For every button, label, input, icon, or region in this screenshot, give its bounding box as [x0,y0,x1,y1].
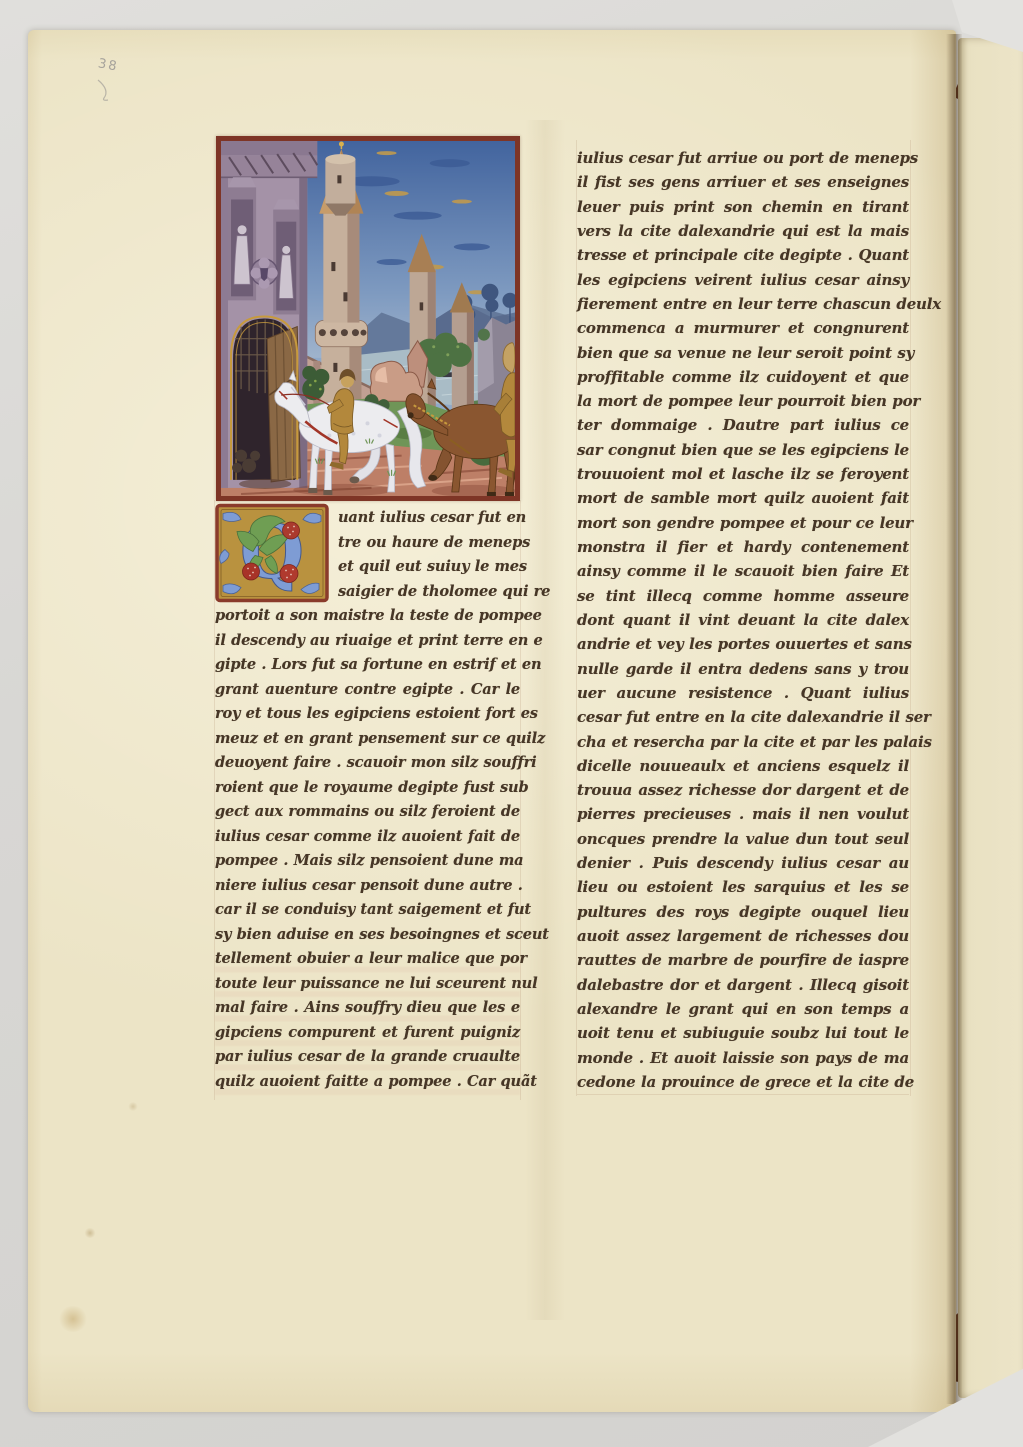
manuscript-line: la mort de pompee leur pourroit bien por [577,389,909,413]
miniature-painting [216,136,520,501]
manuscript-line: monde . Et auoit laissie son pays de ma [577,1046,909,1070]
manuscript-line: vers la cite dalexandrie qui est la mais [577,219,909,243]
manuscript-line: nulle garde il entra dedens sans y trou [577,657,909,681]
manuscript-line: fierement entre en leur terre chascun de… [577,292,909,316]
manuscript-line: toute leur puissance ne lui sceurent nul [215,972,520,997]
manuscript-line: il fist ses gens arriuer et ses enseigne… [577,170,909,194]
manuscript-line: andrie et vey les portes ouuertes et san… [577,632,909,656]
manuscript-line: pompee . Mais silz pensoient dune ma [215,849,520,874]
statue-niche-right [273,199,299,314]
manuscript-line: deuoyent faire . scauoir mon silz souffr… [215,751,520,776]
manuscript-line: dont quant il vint deuant la cite dalex [577,608,909,632]
manuscript-line: denier . Puis descendy iulius cesar au [577,851,909,875]
manuscript-line: tresse et principale cite degipte . Quan… [577,243,909,267]
bartizan-turret [325,154,355,216]
manuscript-line: cesar fut entre en la cite dalexandrie i… [577,705,909,729]
manuscript-line: meuz et en grant pensement sur ce quilz [215,727,520,752]
manuscript-line: ter dommaige . Dautre part iulius ce [577,413,909,437]
left-column-intro: uant iulius cesar fut entre ou haure de … [338,506,520,604]
manuscript-line: leuer puis print son chemin en tirant [577,195,909,219]
manuscript-line: iulius cesar fut arriue ou port de menep… [577,146,909,170]
manuscript-line: par iulius cesar de la grande cruaulte [215,1045,520,1070]
manuscript-line: sar congnut bien que se les egipciens le [577,438,909,462]
statue-niche-left [228,177,256,300]
manuscript-line: uoit tenu et subiuguie soubz lui tout le [577,1021,909,1045]
manuscript-line: cha et resercha par la cite et par les p… [577,730,909,754]
manuscript-line: dalebastre dor et dargent . Illecq gisoi… [577,973,909,997]
cliff-shrub [478,329,490,341]
manuscript-line: proffitable comme ilz cuidoyent et que [577,365,909,389]
manuscript-line: uer aucune resistence . Quant iulius [577,681,909,705]
manuscript-line: trouuoient mol et lasche ilz se feroyent [577,462,909,486]
threshold-shadow [239,479,291,489]
manuscript-line: dicelle nouueaulx et anciens esquelz il [577,754,909,778]
pencil-stroke [92,76,132,102]
manuscript-line: car il se conduisy tant saigement et fut [215,898,520,923]
manuscript-line: et quil eut suiuy le mes [338,555,520,580]
manuscript-line: gipciens compurent et furent puigniz [215,1021,520,1046]
manuscript-line: gipte . Lors fut sa fortune en estrif et… [215,653,520,678]
manuscript-photo: 38 [0,0,1023,1447]
gutter-shadow [946,34,962,1404]
next-page-sliver [958,38,1023,1398]
manuscript-line: mal faire . Ains souffry dieu que les e [215,996,520,1021]
manuscript-line: trouua assez richesse dor dargent et de [577,778,909,802]
manuscript-line: sy bien aduise en ses besoingnes et sceu… [215,923,520,948]
ruling-line [910,140,911,1096]
manuscript-line: monstra il fier et hardy contenement [577,535,909,559]
manuscript-line: bien que sa venue ne leur seroit point s… [577,341,909,365]
illuminated-initial: Q [215,503,329,603]
manuscript-line: oncques prendre la value dun tout seul [577,827,909,851]
manuscript-line: cedone la prouince de grece et la cite d… [577,1070,909,1094]
manuscript-line: roy et tous les egipciens estoient fort … [215,702,520,727]
manuscript-line: ainsy comme il le scauoit bien faire Et [577,559,909,583]
manuscript-line: gect aux rommains ou silz feroient de [215,800,520,825]
parchment-stain [128,1102,138,1111]
initial-artwork: Q [215,503,329,603]
manuscript-line: alexandre le grant qui en son temps a [577,997,909,1021]
miniature-scene [221,141,515,496]
manuscript-line: niere iulius cesar pensoit dune autre . [215,874,520,899]
manuscript-line: pultures des roys degipte ouquel lieu [577,900,909,924]
manuscript-line: quilz auoient faitte a pompee . Car quãt [215,1070,520,1095]
manuscript-line: pierres precieuses . mais il nen voulut [577,802,909,826]
manuscript-line: tre ou haure de meneps [338,531,520,556]
right-text-column: iulius cesar fut arriue ou port de menep… [577,146,909,1094]
manuscript-line: commenca a murmurer et congnurent [577,316,909,340]
manuscript-line: uant iulius cesar fut en [338,506,520,531]
parchment-stain [84,1228,96,1238]
manuscript-line: saigier de tholomee qui re [338,580,520,605]
manuscript-line: grant auenture contre egipte . Car le [215,678,520,703]
manuscript-line: portoit a son maistre la teste de pompee [215,604,520,629]
manuscript-line: se tint illecq comme homme asseure [577,584,909,608]
manuscript-line: rauttes de marbre de pourfire de iaspre [577,948,909,972]
manuscript-line: lieu ou estoient les sarquius et les se [577,875,909,899]
manuscript-line: roient que le royaume degipte fust sub [215,776,520,801]
manuscript-line: mort de samble mort quilz auoient fait [577,486,909,510]
manuscript-line: auoit assez largement de richesses dou [577,924,909,948]
manuscript-line: tellement obuier a leur malice que por [215,947,520,972]
left-text-column: portoit a son maistre la teste de pompee… [215,604,520,1094]
parchment-stain [58,1306,88,1332]
manuscript-line: mort son gendre pompee et pour ce leur [577,511,909,535]
manuscript-line: il descendy au riuaige et print terre en… [215,629,520,654]
manuscript-line: les egipciens veirent iulius cesar ainsy [577,268,909,292]
manuscript-line: iulius cesar comme ilz auoient fait de [215,825,520,850]
